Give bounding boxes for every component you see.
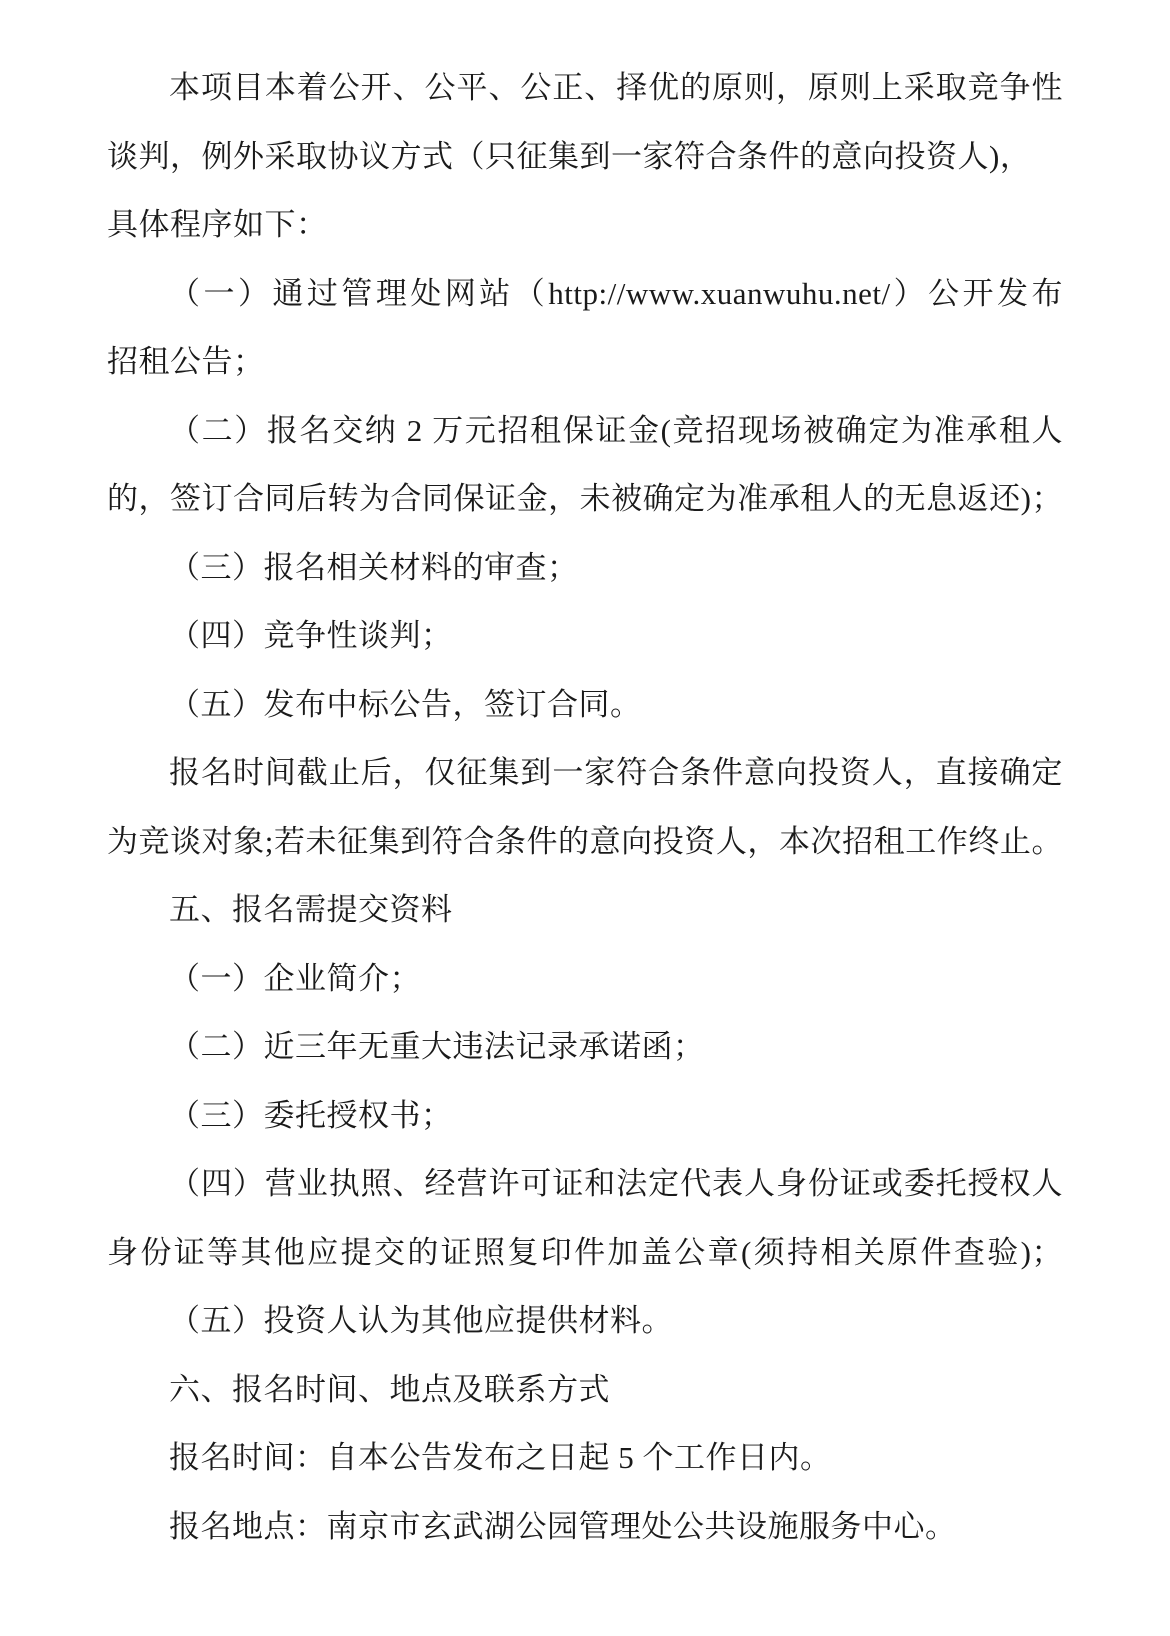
text-line: （三）报名相关材料的审查； [107,534,1063,603]
section-heading: 五、报名需提交资料 [107,876,1063,945]
text-line: （四）竞争性谈判； [107,602,1063,671]
text-line: 为竞谈对象;若未征集到符合条件的意向投资人，本次招租工作终止。 [107,808,1063,877]
text-line: （三）委托授权书； [107,1082,1063,1151]
text-line: 的，签订合同后转为合同保证金，未被确定为准承租人的无息返还)； [107,465,1063,534]
text-line: （四）营业执照、经营许可证和法定代表人身份证或委托授权人 [107,1150,1063,1219]
text-line: （一）通过管理处网站（http://www.xuanwuhu.net/）公开发布 [107,260,1063,329]
text-line: 身份证等其他应提交的证照复印件加盖公章(须持相关原件查验)； [107,1219,1063,1288]
document-body: 本项目本着公开、公平、公正、择优的原则，原则上采取竞争性 谈判，例外采取协议方式… [107,54,1063,1561]
text-line: （二）近三年无重大违法记录承诺函； [107,1013,1063,1082]
text-line: （二）报名交纳 2 万元招租保证金(竞招现场被确定为准承租人 [107,397,1063,466]
text-line: 谈判，例外采取协议方式（只征集到一家符合条件的意向投资人)， [107,123,1063,192]
text-line: （五）投资人认为其他应提供材料。 [107,1287,1063,1356]
text-line: 具体程序如下： [107,191,1063,260]
text-line: 报名时间截止后，仅征集到一家符合条件意向投资人，直接确定 [107,739,1063,808]
text-line: （五）发布中标公告，签订合同。 [107,671,1063,740]
text-line: （一）企业简介； [107,945,1063,1014]
section-heading: 六、报名时间、地点及联系方式 [107,1356,1063,1425]
text-line: 报名时间：自本公告发布之日起 5 个工作日内。 [107,1424,1063,1493]
document-page: 本项目本着公开、公平、公正、择优的原则，原则上采取竞争性 谈判，例外采取协议方式… [0,0,1170,1636]
text-line: 报名地点：南京市玄武湖公园管理处公共设施服务中心。 [107,1493,1063,1562]
text-line: 招租公告； [107,328,1063,397]
text-line: 本项目本着公开、公平、公正、择优的原则，原则上采取竞争性 [107,54,1063,123]
